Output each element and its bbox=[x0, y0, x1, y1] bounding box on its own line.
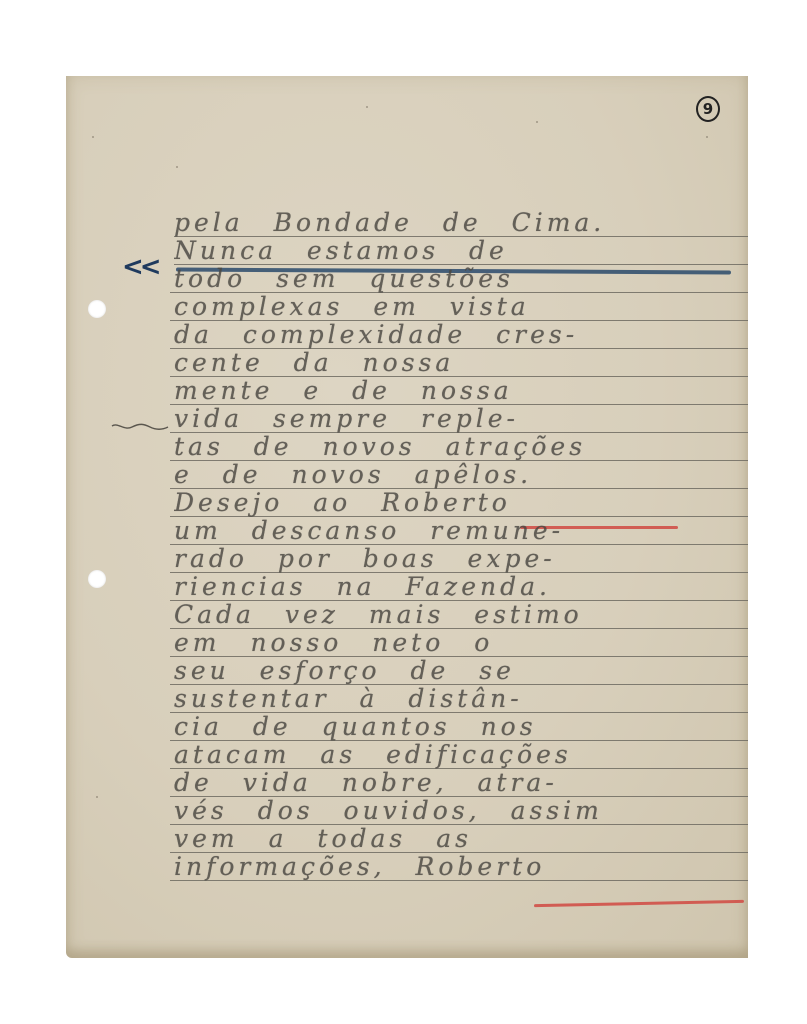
text-line: cente da nossa bbox=[174, 349, 742, 377]
text-line: em nosso neto o bbox=[174, 629, 742, 657]
paper-speck bbox=[706, 136, 708, 138]
text-line: de vida nobre, atra- bbox=[174, 769, 742, 797]
text-line: vés dos ouvidos, assim bbox=[174, 797, 742, 825]
text-line: seu esforço de se bbox=[174, 657, 742, 685]
text-line: da complexidade cres- bbox=[174, 321, 742, 349]
text-line: Nunca estamos de bbox=[174, 237, 742, 265]
page-number: 9 bbox=[696, 96, 720, 122]
text-line: mente e de nossa bbox=[174, 377, 742, 405]
text-line: todo sem questões bbox=[174, 265, 742, 293]
text-line: vida sempre reple- bbox=[174, 405, 742, 433]
text-line: cia de quantos nos bbox=[174, 713, 742, 741]
text-line: um descanso remune- bbox=[174, 517, 742, 545]
punch-hole-top bbox=[88, 300, 106, 318]
paper-speck bbox=[92, 136, 94, 138]
text-line: atacam as edificações bbox=[174, 741, 742, 769]
text-line: vem a todas as bbox=[174, 825, 742, 853]
text-line: sustentar à distân- bbox=[174, 685, 742, 713]
paper-speck bbox=[366, 106, 368, 108]
text-line: pela Bondade de Cima. bbox=[174, 209, 742, 237]
text-line: informações, Roberto bbox=[174, 853, 742, 881]
margin-squiggle-mark bbox=[110, 422, 170, 432]
manuscript-page: 9 << pela Bondade de Cima. Nunca estamos… bbox=[66, 76, 748, 958]
text-line: e de novos apêlos. bbox=[174, 461, 742, 489]
paper-speck bbox=[96, 796, 98, 798]
text-line: rado por boas expe- bbox=[174, 545, 742, 573]
text-line: tas de novos atrações bbox=[174, 433, 742, 461]
paper-speck bbox=[176, 166, 178, 168]
text-line: Cada vez mais estimo bbox=[174, 601, 742, 629]
text-line: riencias na Fazenda. bbox=[174, 573, 742, 601]
punch-hole-bottom bbox=[88, 570, 106, 588]
text-line: Desejo ao Roberto bbox=[174, 489, 742, 517]
paper-speck bbox=[536, 121, 538, 123]
text-line: complexas em vista bbox=[174, 293, 742, 321]
red-underline-roberto-2 bbox=[534, 900, 744, 907]
margin-double-chevron-mark: << bbox=[122, 252, 158, 282]
